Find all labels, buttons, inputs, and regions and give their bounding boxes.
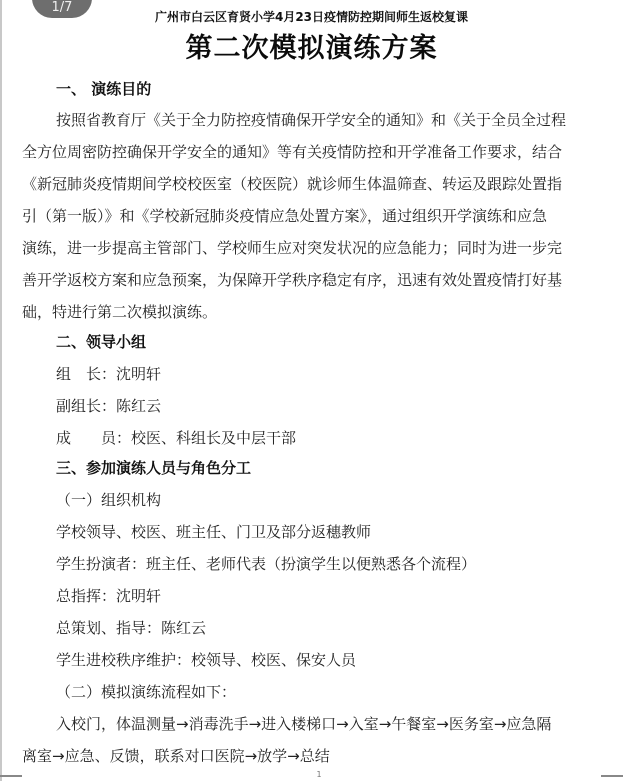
paragraph-line: 《新冠肺炎疫情期间学校校医室（校医院）就诊师生体温筛查、转运及跟踪处置指: [22, 173, 562, 194]
paragraph-line: 全方位周密防控确保开学安全的通知》等有关疫情防控和开学准备工作要求，结合: [22, 141, 562, 162]
document-title: 第二次模拟演练方案: [0, 26, 623, 65]
section-heading-roles: 三、参加演练人员与角色分工: [56, 457, 251, 478]
document-header: 广州市白云区育贤小学4月23日疫情防控期间师生返校复课: [0, 8, 623, 25]
page-left-edge: [0, 0, 2, 781]
members-line: 成 员：校医、科组长及中层干部: [56, 427, 296, 448]
leader-line: 组 长：沈明轩: [56, 363, 161, 384]
paragraph-line: 按照省教育厅《关于全力防控疫情确保开学安全的通知》和《关于全员全过程: [56, 109, 566, 130]
paragraph-line: 演练，进一步提高主管部门、学校师生应对突发状况的应急能力；同时为进一步完: [22, 237, 562, 258]
flow-line: 入校门，体温测量→消毒洗手→进入楼梯口→入室→午餐室→医务室→应急隔: [56, 713, 551, 734]
paragraph-line: 总策划、指导：陈红云: [56, 617, 206, 638]
subsection-drill-flow: （二）模拟演练流程如下：: [56, 681, 236, 702]
paragraph-line: 学生进校秩序维护：校领导、校医、保安人员: [56, 649, 356, 670]
deputy-leader-line: 副组长：陈红云: [56, 395, 161, 416]
flow-line: 离室→应急、反馈，联系对口医院→放学→总结: [22, 745, 330, 766]
section-heading-leadership: 二、领导小组: [56, 331, 146, 352]
section-heading-purpose: 一、 演练目的: [56, 78, 151, 99]
page-number: 1: [0, 770, 623, 779]
paragraph-line: 础，特进行第二次模拟演练。: [22, 301, 217, 322]
subsection-organization: （一）组织机构: [56, 489, 161, 510]
paragraph-line: 学校领导、校医、班主任、门卫及部分返穗教师: [56, 521, 371, 542]
paragraph-line: 学生扮演者：班主任、老师代表（扮演学生以便熟悉各个流程）: [56, 553, 476, 574]
paragraph-line: 总指挥：沈明轩: [56, 585, 161, 606]
paragraph-line: 引（第一版）》和《学校新冠肺炎疫情应急处置方案》，通过组织开学演练和应急: [22, 205, 547, 226]
paragraph-line: 善开学返校方案和应急预案，为保障开学秩序稳定有序，迅速有效处置疫情打好基: [22, 269, 562, 290]
